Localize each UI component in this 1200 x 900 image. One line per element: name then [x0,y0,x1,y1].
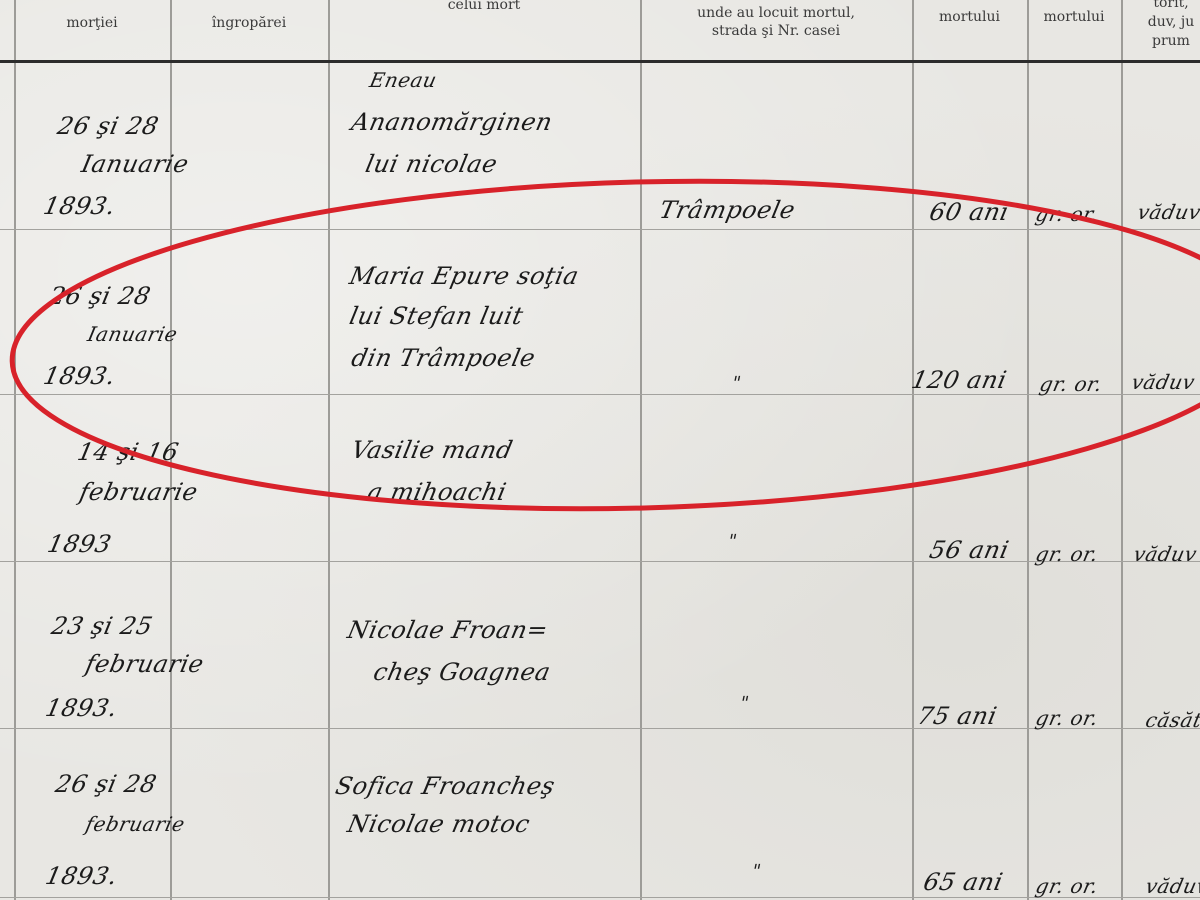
entry-age: 60 ani [927,198,1012,226]
entry-month: februarie [83,650,206,678]
entry-death-date: 14 şi 16 [75,438,181,466]
entry-religion: gr. or. [1033,704,1101,732]
header-status: torit, duv, ju prum [1121,0,1200,51]
row-line [0,728,1200,729]
entry-death-date: 26 şi 28 [53,770,159,798]
entry-residence-ditto: " [749,858,764,886]
entry-name-line: Sofica Froancheş [333,772,558,800]
entry-name-line: Maria Epure soţia [347,262,581,290]
entry-age: 75 ani [915,702,1000,730]
header-name: celui mort [328,0,640,14]
header-religion: mortului [1027,8,1121,26]
entry-status: căsăt [1143,706,1200,734]
entry-religion: gr. or. [1037,370,1105,398]
entry-age: 120 ani [909,366,1009,394]
header-age: mortului [912,8,1027,26]
entry-month: februarie [83,810,188,838]
entry-name-line: a mihoachi [365,478,509,506]
entry-name-line: Nicolae Froan= [345,616,551,644]
row-line [0,394,1200,395]
register-page: morţiei îngropărei celui mort unde au lo… [0,0,1200,900]
entry-death-date: 26 şi 28 [47,282,153,310]
entry-residence-ditto: " [737,690,752,718]
entry-religion: gr. or. [1033,540,1101,568]
entry-status: văduv [1143,872,1200,900]
entry-name-line: Vasilie mand [349,436,515,464]
entry-year: 1893. [41,362,118,390]
entry-name-line: lui Stefan luit [347,302,526,330]
entry-year: 1893. [41,192,118,220]
column-line [328,0,330,900]
entry-month: februarie [77,478,200,506]
header-burial-date: îngropărei [170,14,328,32]
entry-religion: gr. or. [1033,200,1101,228]
entry-year: 1893 [45,530,114,558]
column-line [14,0,16,900]
entry-residence-ditto: " [725,528,740,556]
entry-residence: Trâmpoele [657,196,798,224]
header-rule [0,60,1200,63]
entry-name-line: Ananomărginen [349,108,555,136]
entry-month: Ianuarie [85,320,180,348]
entry-name-line: Nicolae motoc [345,810,533,838]
entry-year: 1893. [43,862,120,890]
entry-year: 1893. [43,694,120,722]
row-line [0,561,1200,562]
header-residence: unde au locuit mortul, strada şi Nr. cas… [640,4,912,40]
column-line [912,0,914,900]
entry-name-line: Eneau [367,66,440,94]
entry-religion: gr. or. [1033,872,1101,900]
header-death-date: morţiei [14,14,170,32]
column-line [1121,0,1123,900]
column-line [1027,0,1029,900]
entry-death-date: 26 şi 28 [55,112,161,140]
red-highlight-ellipse [0,0,1200,900]
row-line [0,897,1200,898]
row-line [0,229,1200,230]
column-line [640,0,642,900]
entry-age: 56 ani [927,536,1012,564]
entry-death-date: 23 şi 25 [49,612,155,640]
entry-name-line: din Trâmpoele [349,344,538,372]
entry-name-line: cheş Goagnea [371,658,553,686]
entry-month: Ianuarie [79,150,191,178]
entry-status: văduv [1129,368,1198,396]
entry-name-line: lui nicolae [363,150,500,178]
entry-status: văduv [1135,198,1200,226]
entry-age: 65 ani [921,868,1006,896]
entry-status: văduv [1131,540,1200,568]
